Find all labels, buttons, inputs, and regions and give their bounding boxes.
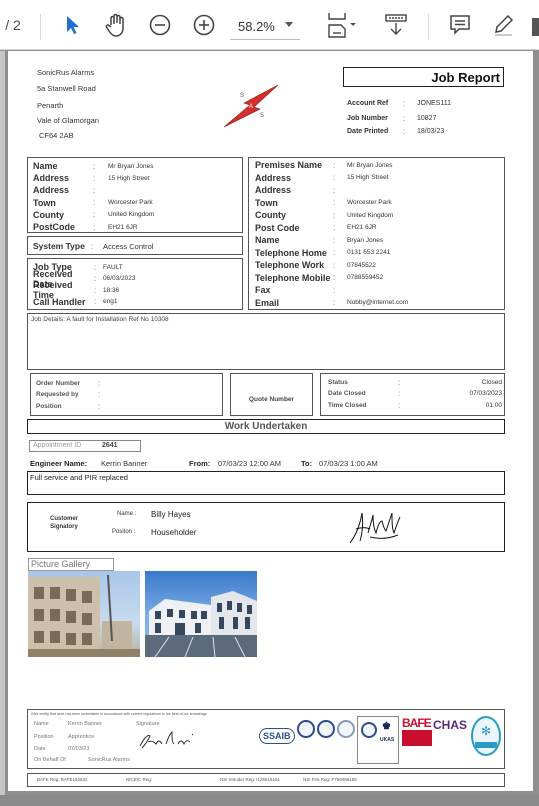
work-undertaken-header: Work Undertaken — [27, 419, 505, 434]
select-tool-button[interactable] — [62, 0, 84, 50]
job-info-box: Job Type:FAULTReceived Date:06/03/2023Re… — [27, 258, 243, 310]
ukas-logo: UKAS — [380, 737, 394, 743]
premises-details-box: Premises Name:Mr Bryan JonesAddress:15 H… — [248, 157, 505, 310]
customer-signature-image — [346, 507, 406, 547]
cert-date-label: Date — [34, 746, 46, 752]
premises-field-row: Premises Name:Mr Bryan Jones — [255, 159, 500, 171]
field-label: Time Closed — [328, 402, 398, 409]
field-value: 0788559452 — [347, 274, 383, 281]
field-value: 06/03/2023 — [103, 275, 136, 282]
field-label: Date Printed — [347, 128, 403, 135]
scroll-mode-button[interactable] — [382, 0, 410, 50]
cert-behalf-value: SonicRus Alarms — [88, 757, 130, 763]
field-label: Requested by — [36, 391, 98, 398]
title-line: Signatory — [50, 523, 78, 531]
colon: : — [94, 274, 103, 283]
field-label: Town — [255, 198, 333, 208]
page-indicator: / 2 — [0, 0, 26, 50]
comment-button[interactable] — [447, 0, 473, 50]
field-value: 18:36 — [103, 287, 119, 294]
bafe-registration: BAFE Reg: BAFE152832 — [37, 777, 88, 782]
job-info-row: Received Time:18:36 — [33, 284, 238, 296]
appointment-id-box: Appointment ID 2641 — [29, 440, 141, 452]
colon: : — [333, 248, 347, 257]
cert-position-label: Position — [34, 734, 54, 740]
job-details-box: Job Details: A fault for Installation Re… — [27, 313, 505, 370]
safeqs-band — [475, 742, 497, 748]
nsi-fire-registration: NSI Fire Reg: F759456155 — [303, 777, 357, 782]
certification-statement: I/We certify that work has been undertak… — [31, 712, 208, 716]
colon: : — [333, 186, 347, 195]
safeqs-flower-icon: ✻ — [481, 724, 491, 738]
field-value: Bryan Jones — [347, 237, 383, 244]
picture-gallery-title: Picture Gallery — [31, 559, 90, 569]
field-value: 07845522 — [347, 262, 376, 269]
colon: : — [403, 99, 417, 108]
title-box: Job Report — [343, 67, 504, 87]
colon: : — [398, 401, 408, 410]
job-details-text: Job Details: A fault for Installation Re… — [31, 316, 169, 323]
toolbar-divider — [40, 14, 41, 40]
fit-page-icon — [326, 12, 356, 38]
colon: : — [403, 114, 417, 123]
signatory-position-value: Householder — [151, 528, 196, 537]
colon: : — [333, 211, 347, 220]
status-field-row: Date Closed:07/03/2023 — [328, 388, 502, 400]
svg-text:A: A — [249, 104, 253, 110]
quote-number-label: Quote Number — [231, 396, 312, 403]
field-label: Premises Name — [255, 160, 333, 170]
field-label: Address — [255, 173, 333, 183]
ssaib-fire-badge — [361, 722, 377, 738]
colon: : — [98, 379, 108, 388]
field-value: United Kingdom — [347, 212, 393, 219]
premises-field-row: Telephone Mobile:0788559452 — [255, 272, 500, 284]
safeqs-badge: ✻ — [471, 716, 501, 756]
premises-field-row: Fax: — [255, 284, 500, 296]
account-ref-value: JONES111 — [417, 100, 451, 107]
colon: : — [93, 223, 108, 232]
colon: : — [93, 162, 108, 171]
colon: : — [98, 390, 108, 399]
field-label: Date Closed — [328, 390, 398, 397]
header-fields: Account Ref : JONES111 Job Number : 1082… — [347, 97, 507, 137]
field-label: Order Number — [36, 380, 98, 387]
field-value: FAULT — [103, 264, 123, 271]
cert-behalf-label: On Behalf Of — [34, 757, 66, 763]
gallery-photo-completed[interactable] — [145, 571, 257, 657]
toolbar-divider — [428, 14, 429, 40]
status-field-row: Time Closed:01:00 — [328, 399, 502, 411]
field-value: Mr Bryan Jones — [347, 162, 393, 169]
plus-circle-icon — [193, 14, 215, 36]
field-value: 01:00 — [486, 402, 502, 409]
order-field-row: Order Number: — [36, 377, 216, 389]
completed-building-image — [145, 571, 257, 657]
colon: : — [333, 298, 347, 307]
field-value: 15 High Street — [347, 174, 389, 181]
company-logo: S A S — [220, 81, 280, 131]
system-type-value: Access Control — [103, 242, 153, 251]
scroll-icon — [384, 13, 408, 37]
field-value: Worcester Park — [347, 199, 392, 206]
engineer-signature-image — [138, 730, 198, 750]
colon: : — [333, 161, 347, 170]
status-box: Status:ClosedDate Closed:07/03/2023Time … — [320, 373, 505, 416]
customer-signatory-title: Customer Signatory — [50, 515, 78, 531]
ssaib-cctv-badge — [317, 720, 335, 738]
system-type-box: System Type : Access Control — [27, 236, 243, 255]
ukas-crown-icon: ♚ — [382, 721, 391, 732]
title-line: Customer — [50, 515, 78, 523]
cert-signature-label: Signature — [136, 721, 160, 727]
colon: : — [98, 402, 108, 411]
zoom-level-value: 58.2% — [238, 19, 275, 34]
signatory-position-label: Positon : — [112, 529, 135, 535]
company-postcode: CF64 2AB — [39, 131, 74, 140]
comment-icon — [449, 14, 471, 36]
left-panel-edge — [0, 51, 5, 806]
zoom-in-button[interactable] — [191, 0, 217, 50]
status-field-row: Status:Closed — [328, 376, 502, 388]
customer-field-row: County:United Kingdom — [33, 209, 238, 221]
colon: : — [333, 236, 347, 245]
field-label: Position — [36, 403, 98, 410]
premises-field-row: Telephone Home:0131 653 2241 — [255, 247, 500, 259]
highlight-button[interactable] — [490, 0, 516, 50]
quote-number-box: Quote Number — [230, 373, 313, 416]
ssaib-intruder-badge — [337, 720, 355, 738]
field-label: Email — [255, 298, 333, 308]
company-county: Vale of Glamorgan — [37, 116, 99, 125]
customer-field-row: Town:Worcester Park — [33, 197, 238, 209]
picture-gallery-header: Picture Gallery — [28, 558, 114, 571]
colon: : — [93, 198, 108, 207]
minus-circle-icon — [149, 14, 171, 36]
company-town: Penarth — [37, 101, 63, 110]
svg-text:S: S — [240, 93, 244, 99]
registrations-bar: BAFE Reg: BAFE152832 NICEIC Reg: NSI Int… — [27, 773, 505, 787]
lightning-bolt-logo-icon: S A S — [220, 81, 280, 131]
field-label: Telephone Work — [255, 260, 333, 270]
premises-field-row: Town:Worcester Park — [255, 197, 500, 209]
job-number-value: 10827 — [417, 115, 436, 122]
viewer-bottom-bar — [0, 795, 539, 806]
field-label: Name — [255, 235, 333, 245]
bafe-text: BAFE — [402, 716, 431, 730]
field-label: Status — [328, 379, 398, 386]
colon: : — [398, 378, 408, 387]
nsi-intruder-registration: NSI Intruder Reg: I125515151 — [220, 777, 280, 782]
order-field-row: Position: — [36, 400, 216, 412]
date-printed-value: 18/03/23 — [417, 128, 444, 135]
field-value: Closed — [482, 379, 502, 386]
field-value: 15 High Street — [108, 175, 150, 182]
customer-details-box: Name:Mr Bryan JonesAddress:15 High Stree… — [27, 157, 243, 233]
field-label: County — [33, 210, 93, 220]
accreditation-logos: SSAIB ♚ UKAS BAFE CHAS ✻ — [259, 714, 504, 766]
colon: : — [93, 186, 108, 195]
field-label: Address — [255, 185, 333, 195]
field-label: Job Number — [347, 115, 403, 122]
from-label: From: — [189, 459, 210, 468]
premises-field-row: County:United Kingdom — [255, 209, 500, 221]
colon: : — [333, 273, 347, 282]
order-field-row: Requested by: — [36, 389, 216, 401]
premises-field-row: Name:Bryan Jones — [255, 234, 500, 246]
field-label: Call Handler — [33, 297, 94, 307]
gallery-photo-construction[interactable] — [28, 571, 140, 657]
field-value: 07/03/2023 — [469, 390, 502, 397]
chevron-down-icon[interactable] — [285, 22, 293, 27]
field-label: Town — [33, 198, 93, 208]
premises-field-row: Email:Nobby@internet.com — [255, 297, 500, 309]
field-label: Telephone Mobile — [255, 273, 333, 283]
colon: : — [91, 242, 103, 251]
field-value: 0131 653 2241 — [347, 249, 390, 256]
field-value: EH21 6JR — [108, 224, 138, 231]
company-address1: 5a Stanwell Road — [37, 84, 96, 93]
field-label: Telephone Home — [255, 248, 333, 258]
page-title: Job Report — [431, 70, 500, 85]
more-tools-edge — [532, 18, 539, 36]
bafe-banner — [402, 730, 432, 746]
engineer-name-label: Engineer Name: — [30, 459, 87, 468]
field-label: PostCode — [33, 222, 93, 232]
work-notes-text: Full service and PIR replaced — [30, 473, 128, 482]
page-fit-button[interactable] — [325, 0, 357, 50]
colon: : — [93, 174, 108, 183]
field-value: Nobby@internet.com — [347, 299, 408, 306]
premises-field-row: Address: — [255, 184, 500, 196]
premises-field-row: Telephone Work:07845522 — [255, 259, 500, 271]
field-label: Account Ref — [347, 100, 403, 107]
svg-text:S: S — [260, 113, 264, 119]
ssaib-logo: SSAIB — [259, 728, 295, 744]
customer-field-row: Address: — [33, 184, 238, 196]
field-value: EH21 6JR — [347, 224, 377, 231]
building-under-construction-image — [28, 571, 140, 657]
cert-name-label: Name — [34, 721, 49, 727]
cert-date-value: 07/03/23 — [68, 746, 89, 752]
niceic-registration: NICEIC Reg: — [126, 777, 152, 782]
appointment-id-label: Appointment ID — [33, 442, 81, 449]
field-label: Address — [33, 185, 93, 195]
colon: : — [94, 263, 103, 272]
field-value: United Kingdom — [108, 211, 154, 218]
field-value: Mr Bryan Jones — [108, 163, 154, 170]
from-value: 07/03/23 12:00 AM — [218, 459, 281, 468]
customer-field-row: Name:Mr Bryan Jones — [33, 160, 238, 172]
premises-field-row: Post Code:EH21 6JR — [255, 222, 500, 234]
cert-position-value: Apprentice — [68, 734, 94, 740]
cursor-arrow-icon — [66, 15, 80, 35]
work-notes-box: Full service and PIR replaced — [27, 471, 505, 495]
pdf-page: SonicRus Alarms 5a Stanwell Road Penarth… — [8, 51, 533, 791]
customer-field-row: PostCode:EH21 6JR — [33, 221, 238, 233]
hand-tool-button[interactable] — [102, 0, 130, 50]
colon: : — [403, 127, 417, 136]
pdf-toolbar: / 2 58.2% — [0, 0, 539, 50]
colon: : — [333, 261, 347, 270]
customer-field-row: Address:15 High Street — [33, 172, 238, 184]
field-label: Name — [33, 161, 93, 171]
colon: : — [333, 198, 347, 207]
pen-icon — [492, 14, 514, 36]
chas-logo: CHAS — [433, 718, 467, 732]
job-info-row: Call Handler:eng1 — [33, 296, 238, 308]
to-label: To: — [301, 459, 312, 468]
customer-signatory-box: Customer Signatory Name : Billy Hayes Po… — [27, 502, 505, 552]
colon: : — [398, 389, 408, 398]
field-label: County — [255, 210, 333, 220]
field-label: Post Code — [255, 223, 333, 233]
field-label: Fax — [255, 285, 333, 295]
order-box: Order Number:Requested by:Position: — [30, 373, 223, 416]
bafe-logo: BAFE — [402, 716, 432, 764]
colon: : — [333, 173, 347, 182]
zoom-out-button[interactable] — [147, 0, 173, 50]
system-type-label: System Type — [33, 241, 91, 251]
certification-box: I/We certify that work has been undertak… — [27, 709, 505, 769]
cert-name-value: Kerrin Banner — [68, 721, 102, 727]
fire-ukas-badge-frame: ♚ UKAS — [357, 716, 399, 764]
engineer-name-value: Kerrin Banner — [101, 459, 147, 468]
colon: : — [333, 223, 347, 232]
colon: : — [94, 297, 103, 306]
company-name: SonicRus Alarms — [37, 68, 94, 77]
field-label: Address — [33, 173, 93, 183]
premises-field-row: Address:15 High Street — [255, 172, 500, 184]
appointment-id-value: 2641 — [102, 442, 118, 449]
to-value: 07/03/23 1:00 AM — [319, 459, 378, 468]
ssaib-access-control-badge — [297, 720, 315, 738]
colon: : — [93, 210, 108, 219]
signatory-name-value: Billy Hayes — [151, 510, 191, 519]
work-undertaken-title: Work Undertaken — [28, 421, 504, 432]
colon: : — [94, 286, 103, 295]
field-value: Worcester Park — [108, 199, 153, 206]
colon: : — [333, 286, 347, 295]
hand-icon — [105, 13, 127, 37]
field-value: eng1 — [103, 298, 117, 305]
signatory-name-label: Name : — [117, 511, 136, 517]
